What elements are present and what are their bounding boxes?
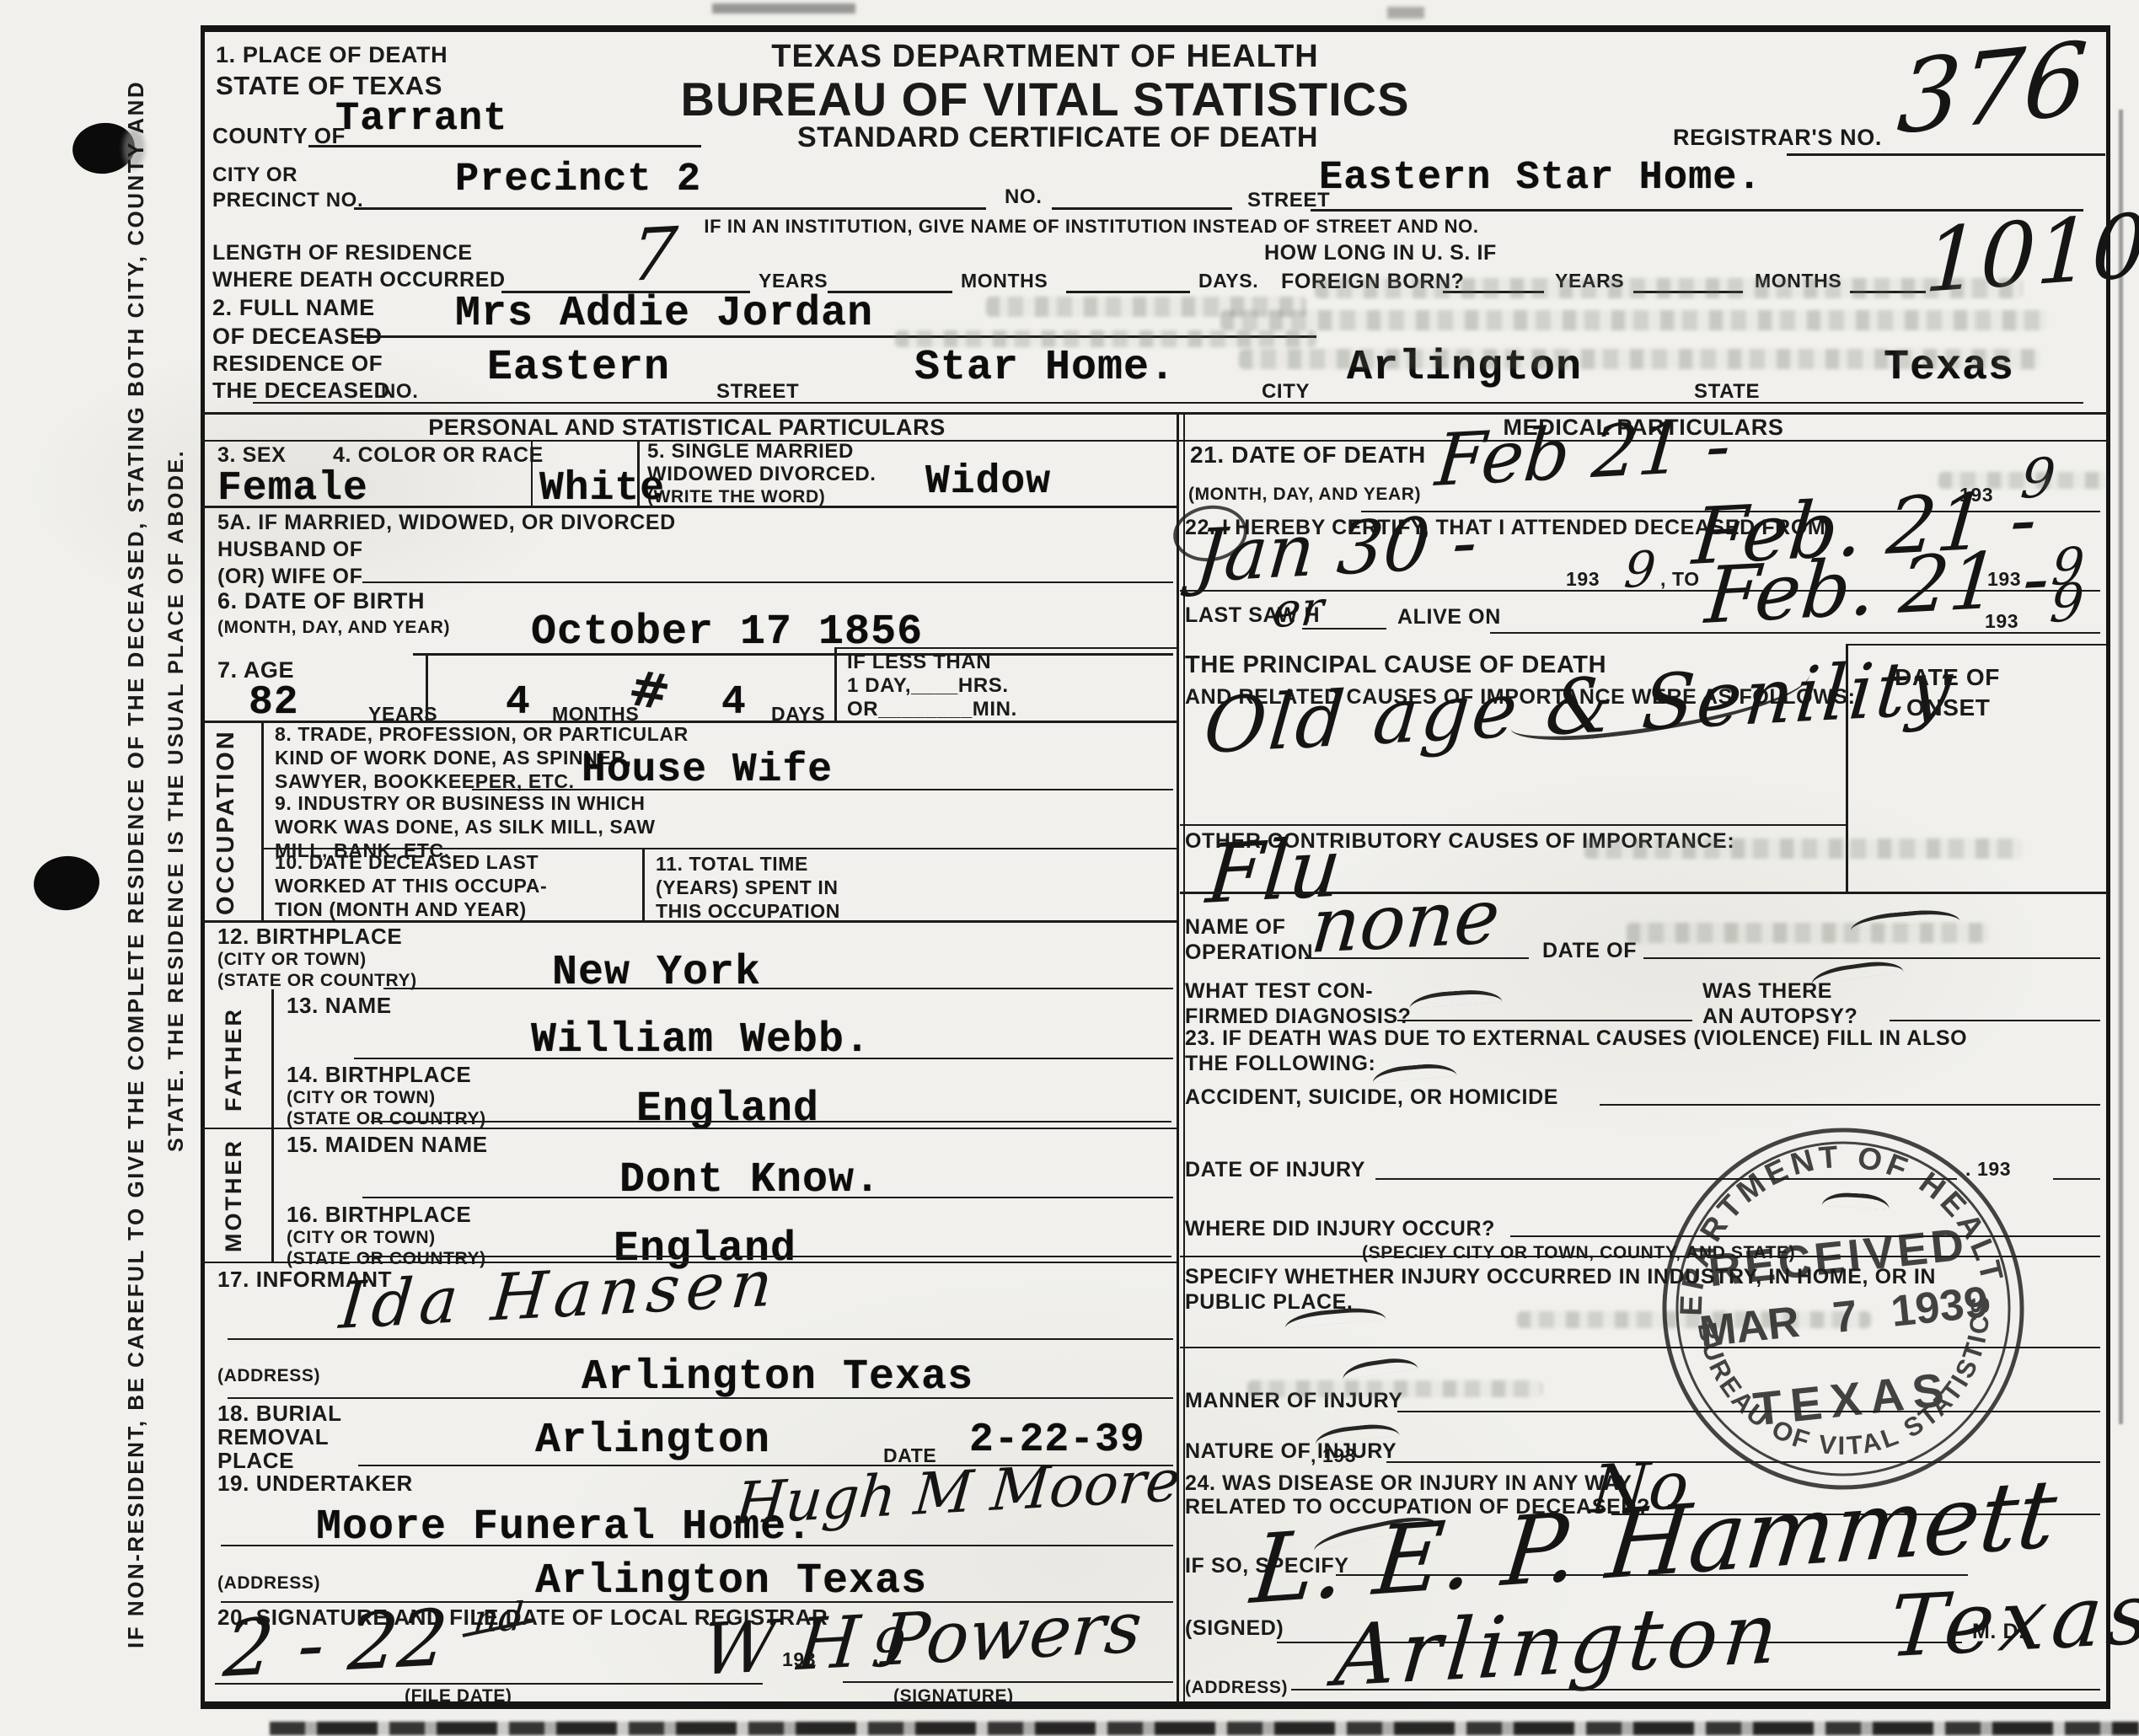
row5a-line [362,581,1173,583]
birthplace-line [383,988,1173,989]
father-side-label: FATHER [222,996,245,1123]
item5a-label1: 5A. IF MARRIED, WIDOWED, OR DIVORCED [217,512,676,533]
birthplace-city-sub: (CITY OR TOWN) [217,951,367,968]
bureau-title: BUREAU OF VITAL STATISTICS [681,76,1410,123]
occupation-side-label: OCCUPATION [214,726,239,919]
age-label: 7. AGE [217,659,294,682]
res-days-label: DAYS. [1198,271,1258,291]
ifless-box-left [834,647,837,721]
received-stamp: DEPARTMENT OF HEALTH BUREAU OF VITAL STA… [1635,1101,2052,1518]
operation-date-label: DATE OF [1542,940,1637,962]
undertaker-line [221,1545,1173,1546]
dod-value: Feb 21 - [1433,410,1734,497]
item8-line [472,789,1173,790]
item10-label1: 10. DATE DECEASED LAST [275,853,539,872]
operation-value: none [1308,879,1503,965]
marital-label3: (WRITE THE WORD) [647,488,825,506]
age-divider1 [426,653,428,721]
burial-place-value: Arlington [535,1420,770,1462]
date-of-injury-label: DATE OF INJURY [1185,1160,1365,1181]
residence-street-label: STREET [716,382,799,402]
county-line [308,145,701,147]
row3-line [201,506,1177,508]
father-block-line [201,1128,1177,1129]
race-label: 4. COLOR OR RACE [333,445,544,466]
residence-state-label: STATE [1694,382,1760,402]
item10-11-divider [642,848,645,920]
dob-line [413,653,1173,656]
length-res-label1: LENGTH OF RESIDENCE [212,243,473,264]
item10-label3: TION (MONTH AND YEAR) [275,900,527,919]
precinct-no-label: PRECINCT NO. [212,190,363,211]
date-of-death-label: 21. DATE OF DEATH [1190,443,1426,467]
ifless-label3: OR________MIN. [847,699,1017,720]
occupation-bracket [261,721,264,920]
street-no-line [1052,207,1232,210]
sex-race-divider [531,440,533,506]
test-label1: WHAT TEST CON- [1185,981,1373,1002]
mother-bp-city-sub: (CITY OR TOWN) [287,1229,436,1246]
age-days-value: 4 [721,683,747,723]
residence-line [253,402,2083,404]
bleedthrough-artifact [1220,310,2046,330]
operation-line [1305,957,1529,959]
age-months-value: 4 [506,683,531,723]
file-date-sublabel: (FILE DATE) [405,1687,512,1705]
father-bracket [271,989,274,1128]
mother-name-line [362,1197,1173,1198]
file-date-line [215,1683,763,1685]
where-injury-label: WHERE DID INJURY OCCUR? [1185,1219,1495,1240]
father-birthplace-value: England [636,1089,819,1131]
residence-of-label2: THE DECEASED [212,379,390,401]
precinct-value: Precinct 2 [455,160,701,200]
registrar-signature: W H Powers [700,1591,1145,1685]
residence-city-label: CITY [1262,382,1310,402]
undertaker-address-value: Arlington Texas [535,1561,927,1603]
place-of-death-label: 1. PLACE OF DEATH [216,44,448,67]
onset-label1: DATE OF [1895,666,2000,689]
personal-section-header: PERSONAL AND STATISTICAL PARTICULARS [428,416,946,439]
from-193-label: 193 [1566,570,1600,589]
onset-label2: ONSET [1906,696,1990,720]
bleedthrough-artifact [1315,278,2023,298]
age-years-value: 82 [249,683,299,723]
death-certificate-scan: IF NON-RESIDENT, BE CAREFUL TO GIVE THE … [0,0,2139,1736]
item9-label2: WORK WAS DONE, AS SILK MILL, SAW [275,817,656,837]
marital-label1: 5. SINGLE MARRIED [647,442,854,462]
item24-label1: 24. WAS DISEASE OR INJURY IN ANY WAY [1185,1473,1632,1494]
undertaker-address-label: (ADDRESS) [217,1574,320,1592]
registrar-sig-line [843,1681,1173,1683]
accident-label: ACCIDENT, SUICIDE, OR HOMICIDE [1185,1087,1558,1108]
father-name-line [354,1058,1173,1059]
father-bp-state-sub: (STATE OR COUNTRY) [287,1110,486,1128]
dob-sublabel: (MONTH, DAY, AND YEAR) [217,619,450,636]
mother-name-label: 15. MAIDEN NAME [287,1133,488,1155]
lastsaw-193-label: 193 [1985,612,2018,631]
residence-no-value: Eastern [487,347,670,389]
state-of-texas-label: STATE OF TEXAS [216,72,442,99]
item5a-label2: HUSBAND OF [217,539,363,560]
county-of-label: COUNTY OF [212,125,346,147]
item10-label2: WORKED AT THIS OCCUPA- [275,876,547,896]
county-value: Tarrant [335,99,507,139]
scan-right-streak [2119,110,2123,1424]
ifless-label1: IF LESS THAN [847,652,991,672]
test-line [1397,1020,1692,1021]
undertaker-label: 19. UNDERTAKER [217,1472,413,1494]
mother-bracket [271,1128,274,1262]
lastsaw-year-script: 9 [2048,576,2086,630]
autopsy-line [1890,1020,2100,1021]
last-saw-line [1490,632,2100,634]
operation-label2: OPERATION [1185,942,1313,963]
punch-hole-bottom [31,853,102,914]
alive-on-label: ALIVE ON [1397,607,1501,628]
accident-line [1600,1104,2100,1106]
item9-line [261,848,1177,849]
dob-label: 6. DATE OF BIRTH [217,590,425,613]
item23-label1: 23. IF DEATH WAS DUE TO EXTERNAL CAUSES … [1185,1028,1967,1049]
margin-instruction-inner: STATE. THE RESIDENCE IS THE USUAL PLACE … [166,278,187,1323]
birthplace-label: 12. BIRTHPLACE [217,925,402,947]
scan-top-smudge2 [1387,7,1424,19]
item9-label1: 9. INDUSTRY OR BUSINESS IN WHICH [275,794,646,813]
last-saw-blank [1302,628,1386,630]
scan-top-smudge [712,3,855,13]
sex-value: Female [217,469,368,509]
street-label: STREET [1247,190,1330,211]
occupation-value: House Wife [582,750,833,790]
res-months-label: MONTHS [961,271,1048,291]
md-address-label: (ADDRESS) [1185,1679,1288,1696]
father-name-label: 13. NAME [287,994,392,1016]
margin-instruction-outer: IF NON-RESIDENT, BE CAREFUL TO GIVE THE … [125,42,147,1685]
informant-address-value: Arlington Texas [582,1357,973,1399]
registrar-no-line [1787,153,2105,156]
residence-street-value: Star Home. [914,347,1176,389]
registrar-no-value: 376 [1895,28,2090,148]
item5a-label3: (OR) WIFE OF [217,566,362,587]
dod-sublabel: (MONTH, DAY, AND YEAR) [1188,485,1421,503]
residence-years-value: 7 [628,218,680,292]
length-res-label2: WHERE DEATH OCCURRED [212,270,506,291]
dept-title: TEXAS DEPARTMENT OF HEALTH [771,40,1318,72]
ifless-label2: 1 DAY,____HRS. [847,676,1009,696]
burial-label1: 18. BURIAL [217,1402,342,1424]
residence-no-label: NO. [381,382,418,402]
race-value: White [539,469,665,509]
street-value: Eastern Star Home. [1319,158,1762,198]
marital-value: Widow [925,462,1051,502]
city-or-label: CITY OR [212,165,298,185]
bleedthrough-artifact [1584,839,2023,859]
months-strike-mark: # [625,663,673,718]
burial-label2: REMOVAL [217,1426,329,1448]
mother-name-value: Dont Know. [619,1160,881,1202]
informant-address-line [228,1397,1173,1399]
injury-193-line [2053,1178,2100,1180]
bleedthrough-artifact [1239,349,2040,369]
marital-label2: WIDOWED DIVORCED. [647,464,877,485]
scan-bottom-noise [270,1722,2139,1735]
autopsy-label2: AN AUTOPSY? [1702,1006,1858,1027]
item11-label3: THIS OCCUPATION [656,902,840,921]
attended-from-value: Jan 30 - [1193,506,1480,593]
father-bp-city-sub: (CITY OR TOWN) [287,1089,436,1106]
signature-sublabel: (SIGNATURE) [893,1687,1014,1705]
ifless-box-top [834,647,1177,649]
informant-address-label: (ADDRESS) [217,1367,320,1385]
res-years-label: YEARS [759,271,828,291]
onset-box-top [1846,644,2106,646]
father-name-value: William Webb. [531,1020,871,1062]
operation-label1: NAME OF [1185,917,1285,938]
precinct-line [354,207,986,210]
bleedthrough-artifact [1247,1380,1542,1397]
burial-label3: PLACE [217,1449,294,1471]
res-days-line [1066,291,1190,293]
item8-label1: 8. TRADE, PROFESSION, OR PARTICULAR [275,725,689,744]
item8-label2: KIND OF WORK DONE, AS SPINNER, [275,748,632,768]
mother-bp-label: 16. BIRTHPLACE [287,1203,471,1225]
bleedthrough-artifact [1627,923,1989,943]
item11-label1: 11. TOTAL TIME [656,855,808,874]
file-date-script: 2 - 22 [221,1599,451,1689]
nature-label: NATURE OF INJURY [1185,1441,1397,1462]
operation-date-line [1643,957,2100,959]
header-underline [201,440,2110,442]
father-bp-value-line [371,1121,1171,1123]
father-bp-label: 14. BIRTHPLACE [287,1064,471,1085]
mother-side-label: MOTHER [222,1133,245,1259]
fullname-label1: 2. FULL NAME [212,297,375,319]
occupation-block-line [201,920,1177,923]
residence-of-label1: RESIDENCE OF [212,352,383,374]
item23-label2: THE FOLLOWING: [1185,1053,1375,1074]
institution-note: IF IN AN INSTITUTION, GIVE NAME OF INSTI… [704,217,1478,236]
sex-label: 3. SEX [217,445,286,466]
registrar-no-label: REGISTRAR'S NO. [1673,126,1882,149]
how-long-label1: HOW LONG IN U. S. IF [1264,243,1497,264]
standard-cert-title: STANDARD CERTIFICATE OF DEATH [797,123,1318,152]
street-no-label: NO. [1005,187,1042,207]
test-label2: FIRMED DIAGNOSIS? [1185,1006,1412,1027]
birthplace-state-sub: (STATE OR COUNTRY) [217,972,417,989]
item11-label2: (YEARS) SPENT IN [656,878,839,897]
informant-line [228,1338,1173,1340]
bleedthrough-artifact [1938,472,2107,489]
md-address-line [1291,1689,2100,1690]
from-year-script: 9 [1622,544,1658,595]
fullname-value: Mrs Addie Jordan [455,293,873,335]
